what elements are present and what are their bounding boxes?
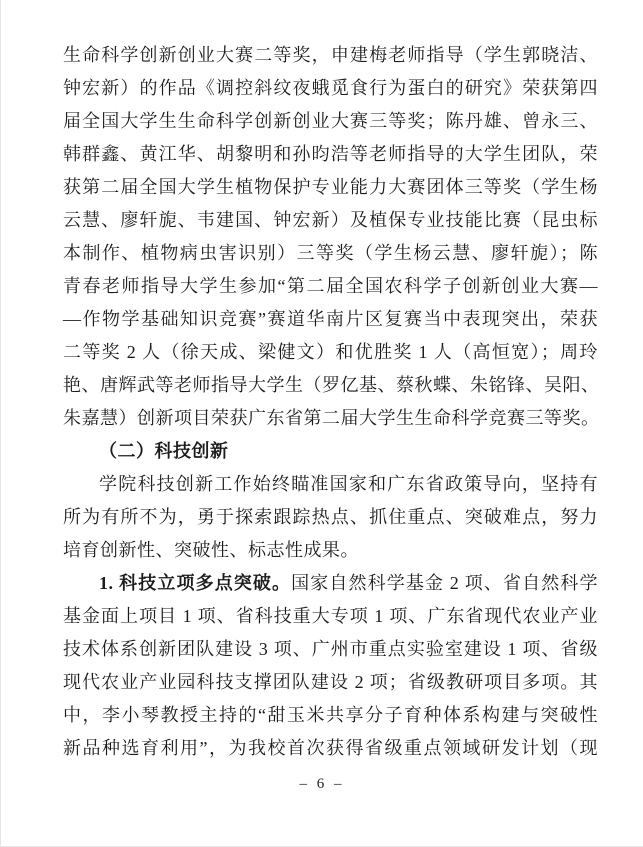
body-text-line: 学院科技创新工作始终瞄准国家和广东省政策导向，坚持有 [63,468,598,501]
body-text-line: 本制作、植物病虫害识别）三等奖（学生杨云慧、廖轩旎）；陈 [63,237,598,270]
body-text-line: 云慧、廖轩旎、韦建国、钟宏新）及植保专业技能比赛（昆虫标 [63,204,598,237]
body-text-line: 培育创新性、突破性、标志性成果。 [63,534,598,567]
body-text-line: 获第二届全国大学生植物保护专业能力大赛团体三等奖（学生杨 [63,171,598,204]
page-content: 生命科学创新创业大赛二等奖，申建梅老师指导（学生郭晓洁、 钟宏新）的作品《调控斜… [63,39,598,765]
body-text-line: 朱嘉慧）创新项目荣获广东省第二届大学生生命科学竞赛三等奖。 [63,402,598,435]
section-heading: （二）科技创新 [63,435,598,468]
body-text-line: 届全国大学生生命科学创新创业大赛三等奖；陈丹雄、曾永三、 [63,105,598,138]
body-text-line: —作物学基础知识竞赛”赛道华南片区复赛当中表现突出，荣获 [63,303,598,336]
body-text-line: 生命科学创新创业大赛二等奖，申建梅老师指导（学生郭晓洁、 [63,39,598,72]
numbered-item-first-line: 1. 科技立项多点突破。国家自然科学基金 2 项、省自然科学 [63,567,598,600]
body-text-line: 艳、唐辉武等老师指导大学生（罗亿基、蔡秋蝶、朱铭锋、吴阳、 [63,369,598,402]
body-text-line: 所为有所不为，勇于探索跟踪热点、抓住重点、突破难点，努力 [63,501,598,534]
body-text-line: 中，李小琴教授主持的“甜玉米共享分子育种体系构建与突破性 [63,699,598,732]
body-text-line: 二等奖 2 人（徐天成、梁健文）和优胜奖 1 人（高恒宽）；周玲 [63,336,598,369]
document-page: 生命科学创新创业大赛二等奖，申建梅老师指导（学生郭晓洁、 钟宏新）的作品《调控斜… [0,0,643,847]
body-text-line: 技术体系创新团队建设 3 项、广州市重点实验室建设 1 项、省级 [63,633,598,666]
body-text-line: 新品种选育利用”，为我校首次获得省级重点领域研发计划（现 [63,732,598,765]
body-text-line: 现代农业产业园科技支撑团队建设 2 项；省级教研项目多项。其 [63,666,598,699]
body-text-line: 钟宏新）的作品《调控斜纹夜蛾觅食行为蛋白的研究》荣获第四 [63,72,598,105]
body-text-run: 国家自然科学基金 2 项、省自然科学 [291,573,598,593]
body-text-line: 基金面上项目 1 项、省科技重大专项 1 项、广东省现代农业产业 [63,600,598,633]
numbered-item-lead: 1. 科技立项多点突破。 [99,573,291,593]
body-text-line: 韩群鑫、黄江华、胡黎明和孙昀浩等老师指导的大学生团队，荣 [63,138,598,171]
page-footer: – 6 – [1,773,643,795]
page-number: – 6 – [300,776,345,792]
body-text-line: 青春老师指导大学生参加“第二届全国农科学子创新创业大赛— [63,270,598,303]
